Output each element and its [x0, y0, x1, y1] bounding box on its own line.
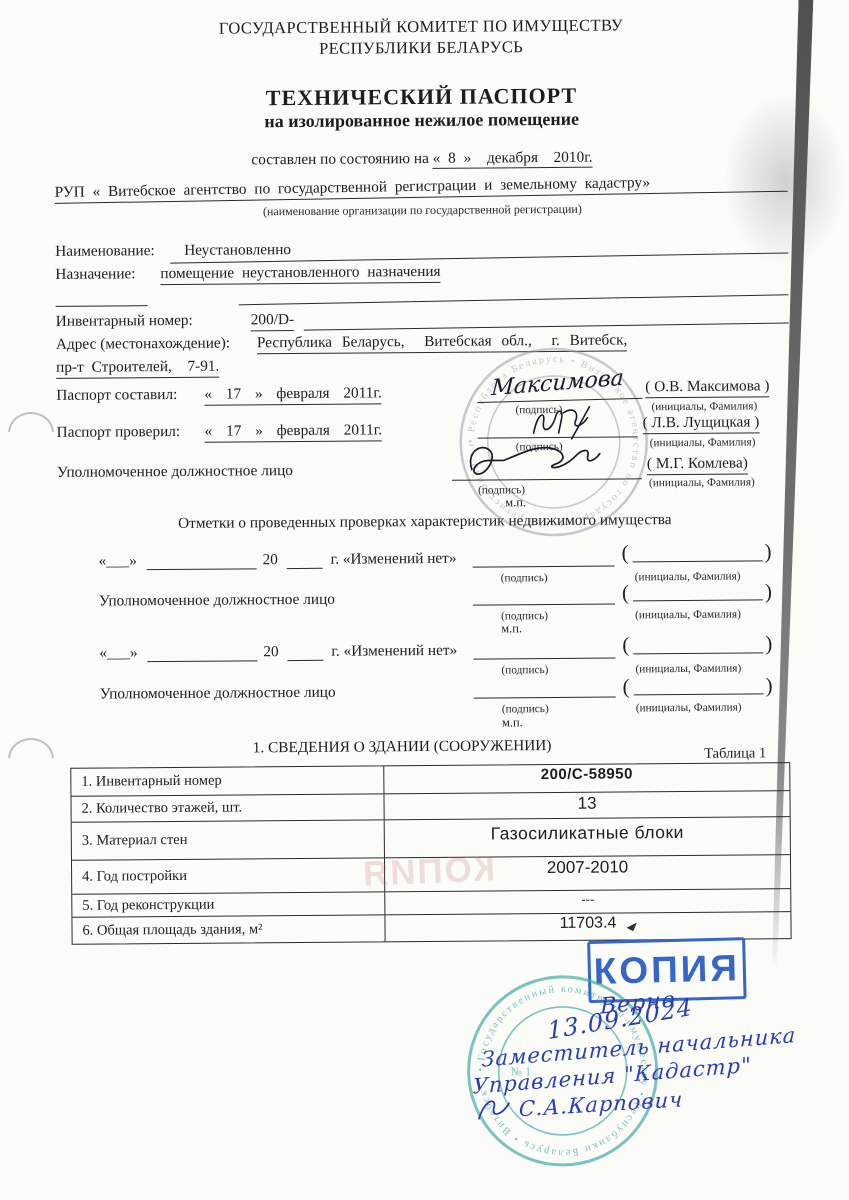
paren-close: ) [765, 631, 772, 655]
initials-caption: (инициалы, Фамилия) [636, 702, 742, 716]
signature-line [473, 658, 615, 660]
paren-close: ) [766, 673, 773, 697]
check-date-open: «___» [99, 552, 137, 570]
passport-checked-date: « 17 » февраля 2011г. [205, 421, 383, 442]
initials-caption: (инициалы, Фамилия) [651, 400, 757, 414]
podpis-caption: (подпись) [501, 572, 548, 585]
check-year: 20 [263, 643, 278, 661]
compiled-prefix: составлен по состоянию на [251, 150, 432, 168]
authorized-official-label: Уполномоченное должностное лицо [57, 462, 293, 481]
signature-scribble [473, 1094, 517, 1126]
blank-line [287, 568, 323, 570]
initials-caption: (инициалы, Фамилия) [649, 476, 755, 490]
blank-line [634, 693, 764, 695]
paren-open: ( [622, 580, 629, 604]
no-changes-text: г. «Изменений нет» [331, 642, 457, 661]
registration-org-line: РУП « Витебское агентство по государстве… [55, 172, 788, 204]
row-label: 6. Общая площадь здания, м² [72, 915, 385, 943]
row-value: --- [385, 889, 790, 914]
signature-line [474, 697, 616, 699]
row-label: 2. Количество этажей, шт. [71, 794, 384, 821]
authorized-official-label: Уполномоченное должностное лицо [100, 684, 336, 703]
check-date-open: «___» [99, 644, 137, 662]
authorized-official-label: Уполномоченное должностное лицо [99, 591, 335, 610]
blank-line [56, 305, 148, 307]
inventory-underline [304, 322, 789, 330]
purpose-value: помещение неустановленного назначения [160, 263, 440, 285]
paren-open: ( [623, 674, 630, 698]
passport-compiled-date: « 17 » февраля 2011г. [204, 384, 382, 405]
mp-mark: м.п. [501, 621, 522, 636]
paren-close: ) [765, 579, 772, 603]
mp-mark: м.п. [505, 495, 526, 510]
address-label: Адрес (местонахождение): [56, 335, 230, 354]
checked-person-name: ( Л.В. Лущицкая ) [642, 413, 759, 433]
row-value: 13 [384, 791, 789, 819]
name-value: Неустановленно [184, 241, 291, 259]
passport-checked-label: Паспорт проверил: [57, 423, 181, 442]
purpose-label: Назначение: [55, 265, 135, 283]
building-section-title: 1. СВЕДЕНИЯ О ЗДАНИИ (СООРУЖЕНИИ) [2, 735, 802, 759]
blank-line [633, 652, 763, 654]
org-caption: (наименование организации по государстве… [0, 201, 847, 221]
blank-line [287, 660, 323, 662]
row-label: 3. Материал стен [72, 820, 385, 859]
initials-caption: (инициалы, Фамилия) [635, 571, 741, 585]
compiled-person-name: ( О.В. Максимова ) [645, 377, 769, 398]
initials-caption: (инициалы, Фамилия) [635, 609, 741, 623]
row-label: 5. Год реконструкции [72, 892, 385, 916]
inventory-label: Инвентарный номер: [56, 312, 193, 331]
blank-line [633, 599, 763, 601]
inventory-value: 200/D- [251, 311, 294, 331]
mp-mark: м.п. [502, 715, 523, 730]
name-label: Наименование: [55, 242, 155, 260]
passport-compiled-label: Паспорт составил: [56, 386, 177, 405]
address-value-2: пр-т Строителей, 7-91. [56, 358, 219, 379]
no-changes-text: г. «Изменений нет» [331, 550, 457, 569]
table-caption: Таблица 1 [704, 745, 766, 762]
row-label: 1. Инвентарный номер [71, 766, 384, 795]
blank-line [147, 660, 257, 662]
checks-heading: Отметки о проведенных проверках характер… [0, 510, 849, 534]
blank-line [633, 560, 763, 562]
row-label: 4. Год постройки [72, 858, 385, 893]
initials-caption: (инициалы, Фамилия) [650, 436, 756, 450]
committee-line-2: РЕСПУБЛИКИ БЕЛАРУСЬ [0, 36, 846, 62]
initials-caption: (инициалы, Фамилия) [635, 663, 741, 677]
signature-line [473, 604, 615, 606]
official-person-name: ( М.Г. Комлева) [647, 454, 748, 474]
podpis-caption: (подпись) [501, 664, 548, 677]
compiled-on-line: составлен по состоянию на « 8 » декабря … [0, 147, 847, 171]
paren-open: ( [622, 632, 629, 656]
blank-line [147, 568, 257, 570]
table-row: 1. Инвентарный номер 200/C-58950 [71, 763, 789, 796]
scanned-document-page: ГОСУДАРСТВЕННЫЙ КОМИТЕТ ПО ИМУЩЕСТВУ РЕС… [0, 0, 849, 1200]
row-value: 200/C-58950 [384, 763, 789, 793]
document-content: ГОСУДАРСТВЕННЫЙ КОМИТЕТ ПО ИМУЩЕСТВУ РЕС… [0, 0, 849, 1200]
paren-open: ( [621, 540, 628, 564]
compiled-date: « 8 » декабря 2010г. [433, 149, 593, 169]
paren-close: ) [764, 539, 771, 563]
blank-line [239, 294, 789, 305]
bleedthrough-copy-watermark: КОПИЯ [360, 849, 496, 895]
signature-line [473, 566, 615, 568]
check-year: 20 [263, 551, 278, 569]
